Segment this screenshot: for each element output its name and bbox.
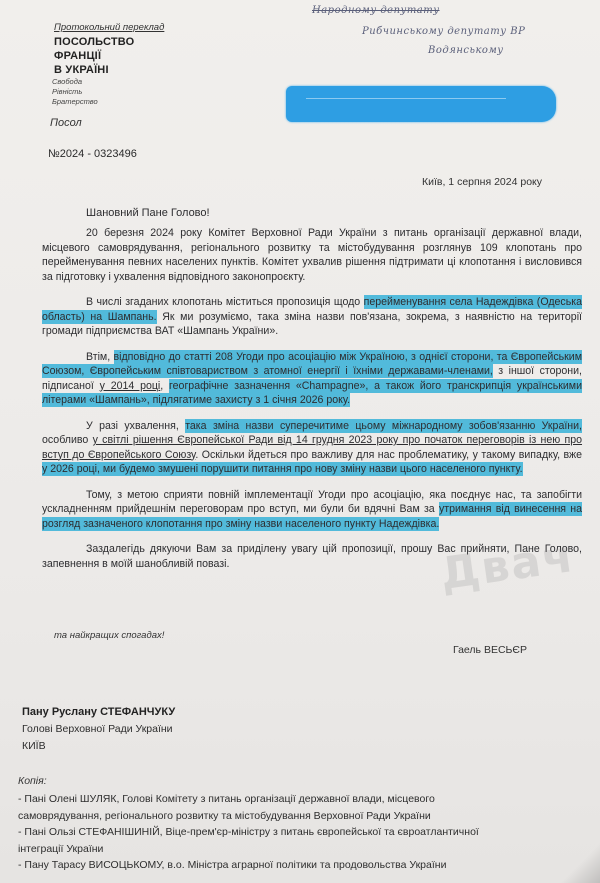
copies-list: - Пані Олені ШУЛЯК, Голові Комітету з пи… xyxy=(18,791,578,874)
letter-page: Протокольний переклад ПОСОЛЬСТВО ФРАНЦІЇ… xyxy=(0,0,600,883)
closing-phrase: та найкращих спогадах! xyxy=(54,630,164,641)
copy-line: самоврядування, регіонального розвитку т… xyxy=(18,808,578,825)
handwritten-note-struck: Народному депутату xyxy=(312,5,440,16)
motto-equality: Рівність xyxy=(52,87,82,96)
document-number: №2024 - 0323496 xyxy=(48,148,137,160)
letter-body: 20 березня 2024 року Комітет Верховної Р… xyxy=(42,226,582,571)
motto-liberty: Свобода xyxy=(52,77,82,86)
paragraph-4: У разі ухвалення, така зміна назви супер… xyxy=(42,419,582,477)
highlight: у 2026 році, ми будемо змушені порушити … xyxy=(42,462,523,476)
embassy-name-line-3: В УКРАЇНІ xyxy=(54,64,109,76)
paragraph-3: Втім, відповідно до статті 208 Угоди про… xyxy=(42,350,582,408)
addressee-city: КИЇВ xyxy=(22,740,46,752)
page-corner-shadow xyxy=(540,843,600,883)
letter-date: Київ, 1 серпня 2024 року xyxy=(422,176,542,188)
paragraph-2: В числі згаданих клопотань міститься про… xyxy=(42,295,582,339)
translation-note: Протокольний переклад xyxy=(54,22,164,33)
highlight: така зміна назви суперечитиме цьому міжн… xyxy=(185,419,582,433)
addressee-title: Голові Верховної Ради України xyxy=(22,723,173,735)
copy-line: інтеграції України xyxy=(18,841,578,858)
paragraph-1: 20 березня 2024 року Комітет Верховної Р… xyxy=(42,226,582,284)
handwritten-note-line-3: Водянському xyxy=(428,45,504,56)
copy-line: - Пані Ользі СТЕФАНІШИНІЙ, Віце-прем'єр-… xyxy=(18,824,578,841)
copies-label: Копія: xyxy=(18,775,47,787)
handwritten-note-line-2: Рибчинському депутату ВР xyxy=(362,26,525,37)
underline: у 2014 році xyxy=(100,380,161,392)
paragraph-5: Тому, з метою сприяти повній імплементац… xyxy=(42,488,582,532)
redaction-mark xyxy=(286,86,556,122)
signer-name: Гаель ВЕСЬЄР xyxy=(453,644,527,656)
embassy-name-line-1: ПОСОЛЬСТВО xyxy=(54,36,134,48)
embassy-name-line-2: ФРАНЦІЇ xyxy=(54,50,101,62)
motto-fraternity: Братерство xyxy=(52,97,98,106)
copy-line: - Пану Тарасу ВИСОЦЬКОМУ, в.о. Міністра … xyxy=(18,857,578,874)
addressee-name: Пану Руслану СТЕФАНЧУКУ xyxy=(22,706,175,718)
greeting: Шановний Пане Голово! xyxy=(86,207,210,219)
sender-position: Посол xyxy=(50,117,82,129)
copy-line: - Пані Олені ШУЛЯК, Голові Комітету з пи… xyxy=(18,791,578,808)
